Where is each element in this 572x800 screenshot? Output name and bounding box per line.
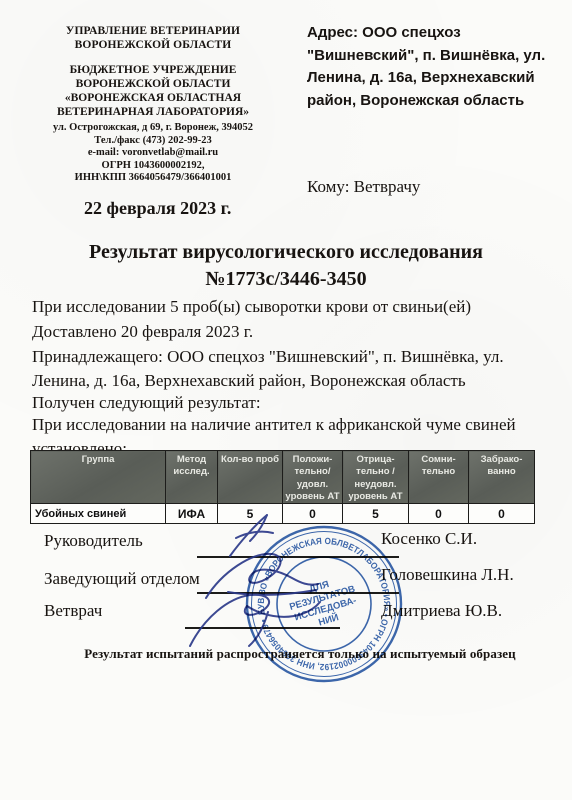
stamp-center-line-4: НИЙ [317,611,340,628]
stamp-center-text: ДЛЯ РЕЗУЛЬТАТОВ ИССЛЕДОВА- НИЙ [285,573,363,635]
column-header-doubtful: Сомни- тельно [409,451,469,504]
cell-sample-count: 5 [218,504,283,524]
letterhead-left: УПРАВЛЕНИЕ ВЕТЕРИНАРИИ ВОРОНЕЖСКОЙ ОБЛАС… [38,24,268,185]
recipient-address: Адрес: ООО спецхоз "Вишневский", п. Вишн… [307,22,559,112]
body-paragraph-samples: При исследовании 5 проб(ы) сыворотки кро… [32,295,544,319]
letterhead-phone: Тел./факс (473) 202-99-23 [38,135,268,148]
stamp-center-line-3: ИССЛЕДОВА- [293,595,357,623]
body-paragraph-result-intro: Получен следующий результат: [32,391,544,415]
signature-role-director: Руководитель [44,531,143,551]
signature-name-department-head: Головешкина Л.Н. [381,565,514,585]
results-table: Группа Метод исслед. Кол-во проб Положи-… [30,450,535,524]
stamp-center-line-2: РЕЗУЛЬТАТОВ [288,584,356,613]
footer-disclaimer: Результат испытаний распространяется тол… [40,646,560,662]
cell-group: Убойных свиней [31,504,166,524]
signature-line-veterinarian [185,627,340,629]
column-header-positive: Положи- тельно/ удовл. уровень АТ [283,451,343,504]
signature-role-veterinarian: Ветврач [44,601,102,621]
results-table-data-row: Убойных свиней ИФА 5 0 5 0 0 [31,504,535,524]
letterhead-contacts: ул. Острогожская, д 69, г. Воронеж, 3940… [38,122,268,185]
column-header-group: Группа [31,451,166,504]
recipient-to: Кому: Ветврачу [307,177,420,197]
signature-role-department-head: Заведующий отделом [44,569,200,589]
cell-method: ИФА [166,504,218,524]
column-header-sample-count: Кол-во проб [218,451,283,504]
letterhead-ogrn: ОГРН 1043600002192, [38,160,268,173]
cell-rejected: 0 [469,504,535,524]
cell-doubtful: 0 [409,504,469,524]
document-date: 22 февраля 2023 г. [84,198,231,219]
results-table-header-row: Группа Метод исслед. Кол-во проб Положи-… [31,451,535,504]
column-header-method: Метод исслед. [166,451,218,504]
body-paragraph-owner: Принадлежащего: ООО спецхоз "Вишневский"… [32,345,544,392]
letterhead-email: e-mail: voronvetlab@mail.ru [38,147,268,160]
letterhead-street-address: ул. Острогожская, д 69, г. Воронеж, 3940… [38,122,268,135]
cell-negative: 5 [343,504,409,524]
letterhead-authority: УПРАВЛЕНИЕ ВЕТЕРИНАРИИ ВОРОНЕЖСКОЙ ОБЛАС… [38,24,268,52]
signature-scribble-veterinarian [190,595,320,646]
document-title-text: Результат вирусологического исследования [0,239,572,266]
signature-name-director: Косенко С.И. [381,529,477,549]
signature-name-veterinarian: Дмитриева Ю.В. [381,601,502,621]
signature-line-director [197,556,399,558]
column-header-rejected: Забрако- ванно [469,451,535,504]
document-title-number: №1773с/3446-3450 [0,266,572,293]
body-paragraph-delivered: Доставлено 20 февраля 2023 г. [32,320,544,344]
document-title: Результат вирусологического исследования… [0,239,572,293]
letterhead-institution: БЮДЖЕТНОЕ УЧРЕЖДЕНИЕ ВОРОНЕЖСКОЙ ОБЛАСТИ… [38,63,268,119]
signature-line-department-head [197,592,399,594]
column-header-negative: Отрица- тельно / неудовл. уровень АТ [343,451,409,504]
stamp-inner-circle [270,550,379,659]
cell-positive: 0 [283,504,343,524]
scanned-lab-report-document: УПРАВЛЕНИЕ ВЕТЕРИНАРИИ ВОРОНЕЖСКОЙ ОБЛАС… [0,0,572,800]
letterhead-inn-kpp: ИНН\КПП 3664056479/366401001 [38,172,268,185]
